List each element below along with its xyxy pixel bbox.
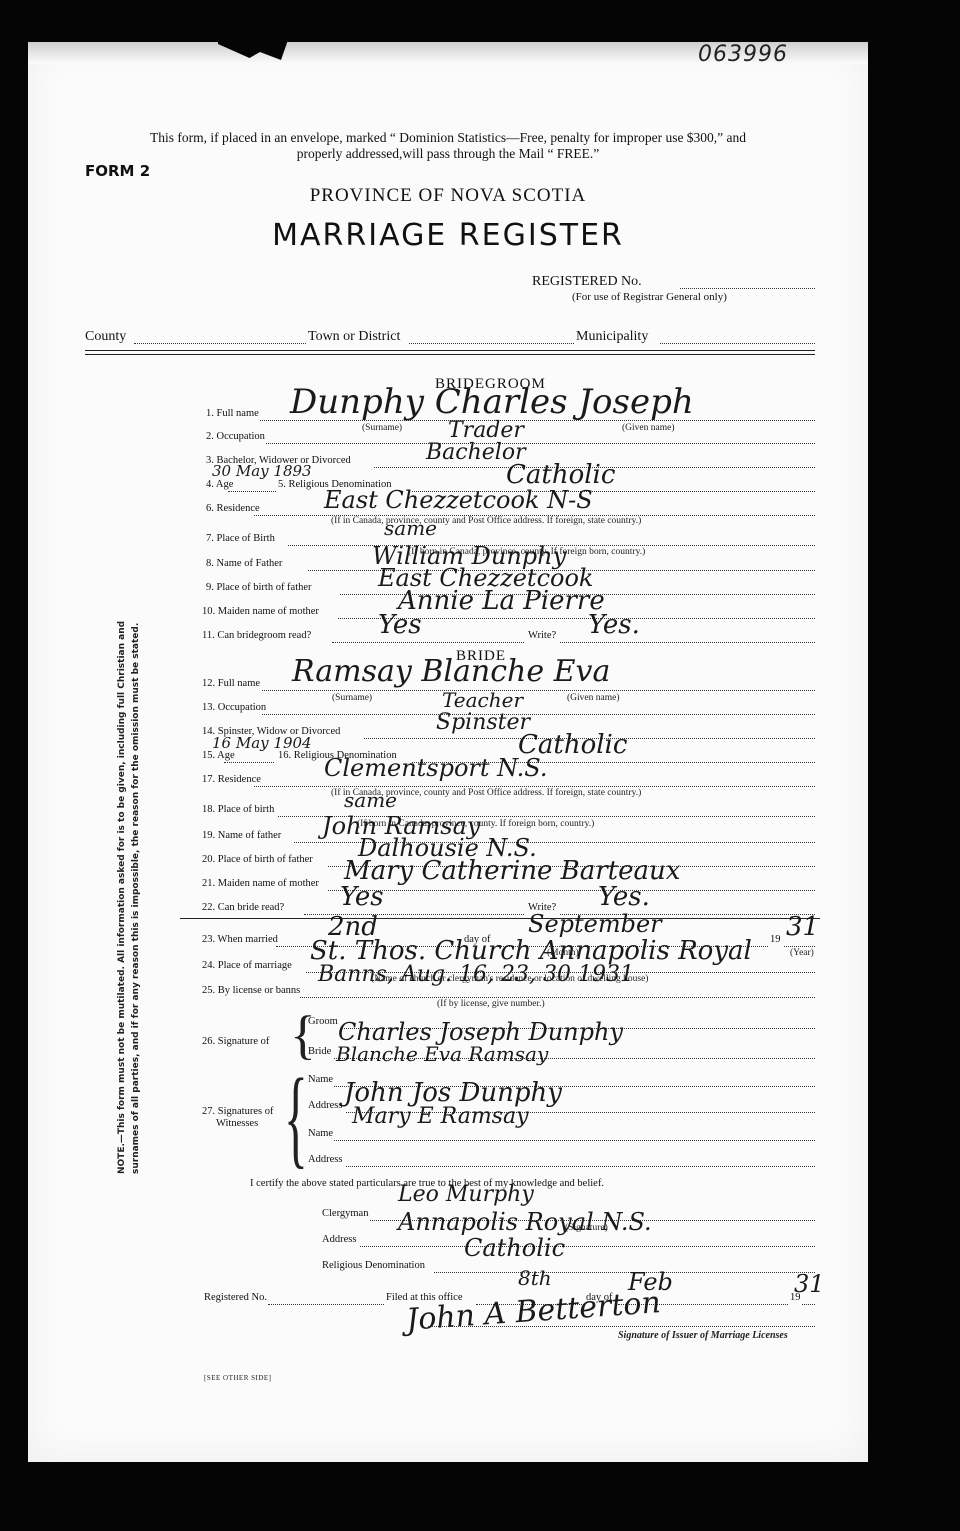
- issuer-signature-hint: Signature of Issuer of Marriage Licenses: [618, 1330, 788, 1341]
- groom-father-label: 8. Name of Father: [206, 558, 282, 569]
- witness-brace: {: [284, 1062, 308, 1172]
- filed-day-value[interactable]: 8th: [518, 1266, 552, 1290]
- bride-residence-value[interactable]: Clementsport N.S.: [324, 754, 548, 782]
- groom-full-name-value[interactable]: Dunphy Charles Joseph: [290, 382, 694, 422]
- witness2-address-line: [346, 1166, 815, 1167]
- clergyman-denomination-value[interactable]: Catholic: [464, 1234, 565, 1262]
- clergyman-signature-value[interactable]: Leo Murphy: [398, 1182, 534, 1207]
- groom-given-hint: (Given name): [622, 423, 675, 433]
- bride-occupation-value[interactable]: Teacher: [442, 688, 523, 712]
- when-married-label: 23. When married: [202, 934, 278, 945]
- bride-signature-label: Bride: [308, 1046, 331, 1057]
- bride-occupation-label: 13. Occupation: [202, 702, 266, 713]
- clergyman-denomination-line: [434, 1272, 815, 1273]
- place-of-marriage-label: 24. Place of marriage: [202, 960, 292, 971]
- groom-write-line: [560, 642, 815, 643]
- witnesses-label-line1: 27. Signatures of: [202, 1106, 273, 1117]
- side-note-line2: surnames of all parties, and if for any …: [130, 623, 143, 1174]
- groom-birthplace-label: 7. Place of Birth: [206, 533, 275, 544]
- when-married-year-value[interactable]: 31: [786, 912, 819, 942]
- bride-read-label: 22. Can bride read?: [202, 902, 284, 913]
- header-divider-2: [85, 354, 815, 355]
- bride-father-label: 19. Name of father: [202, 830, 281, 841]
- filed-year-line: [802, 1304, 815, 1305]
- clergyman-address-label: Address: [322, 1234, 356, 1245]
- groom-occupation-label: 2. Occupation: [206, 431, 265, 442]
- bride-read-value[interactable]: Yes: [340, 882, 384, 912]
- side-note-line1: NOTE.—This form must not be mutilated. A…: [116, 621, 129, 1174]
- year-prefix: 19: [770, 934, 781, 945]
- groom-mother-value[interactable]: Annie La Pierre: [398, 586, 605, 616]
- registered-no-hint: (For use of Registrar General only): [572, 291, 727, 303]
- form-number: FORM 2: [85, 162, 150, 180]
- county-field[interactable]: [134, 343, 306, 344]
- mail-notice-line1: This form, if placed in an envelope, mar…: [28, 130, 868, 146]
- see-other-side: [SEE OTHER SIDE]: [204, 1374, 272, 1382]
- bride-divider: [180, 918, 820, 919]
- page-title: MARRIAGE REGISTER: [28, 218, 868, 253]
- registered-no-field[interactable]: [680, 288, 815, 289]
- witness2-name-label: Name: [308, 1128, 333, 1139]
- groom-signature-label: Groom: [308, 1016, 338, 1027]
- groom-residence-hint: (If in Canada, province, county and Post…: [331, 516, 641, 526]
- registered-no-label: REGISTERED No.: [532, 274, 642, 290]
- groom-mother-label: 10. Maiden name of mother: [202, 606, 319, 617]
- witness1-name-label: Name: [308, 1074, 333, 1085]
- bride-birthplace-value[interactable]: same: [344, 788, 397, 812]
- registered-no-footer-line: [268, 1304, 384, 1305]
- groom-read-label: 11. Can bridegroom read?: [202, 630, 311, 641]
- bride-birthplace-label: 18. Place of birth: [202, 804, 274, 815]
- county-label: County: [85, 329, 126, 345]
- bride-father-birthplace-label: 20. Place of birth of father: [202, 854, 313, 865]
- bride-age-line: [224, 762, 274, 763]
- registered-no-footer-label: Registered No.: [204, 1292, 267, 1303]
- bride-residence-label: 17. Residence: [202, 774, 261, 785]
- license-banns-line: [300, 997, 815, 998]
- witness2-name-line: [334, 1140, 815, 1141]
- marriage-register-form: 063996 This form, if placed in an envelo…: [28, 42, 868, 1462]
- witness2-address-label: Address: [308, 1154, 342, 1165]
- groom-occupation-line: [266, 443, 815, 444]
- witnesses-label-line2: Witnesses: [216, 1118, 258, 1129]
- bride-full-name-label: 12. Full name: [202, 678, 260, 689]
- signature-of-label: 26. Signature of: [202, 1036, 269, 1047]
- bride-full-name-value[interactable]: Ramsay Blanche Eva: [292, 654, 610, 689]
- province-heading: PROVINCE OF NOVA SCOTIA: [28, 185, 868, 207]
- groom-full-name-label: 1. Full name: [206, 408, 259, 419]
- bride-marital-value[interactable]: Spinster: [436, 710, 530, 735]
- groom-residence-value[interactable]: East Chezzetcook N-S: [324, 486, 593, 514]
- town-label: Town or District: [308, 329, 400, 345]
- groom-read-value[interactable]: Yes: [378, 610, 422, 640]
- clergyman-address-value[interactable]: Annapolis Royal N.S.: [398, 1208, 652, 1236]
- year-hint: (Year): [790, 948, 814, 958]
- clergyman-denomination-label: Religious Denomination: [322, 1260, 425, 1271]
- serial-number: 063996: [698, 42, 788, 67]
- license-banns-label: 25. By license or banns: [202, 985, 300, 996]
- bride-occupation-line: [262, 714, 815, 715]
- header-divider: [85, 350, 815, 351]
- groom-father-birthplace-label: 9. Place of birth of father: [206, 582, 312, 593]
- license-hint: (If by license, give number.): [437, 999, 545, 1009]
- bride-full-name-line: [262, 690, 815, 691]
- bride-residence-line: [254, 786, 815, 787]
- groom-write-label: Write?: [528, 630, 556, 641]
- groom-residence-label: 6. Residence: [206, 503, 260, 514]
- bride-surname-hint: (Surname): [332, 693, 372, 703]
- bride-mother-label: 21. Maiden name of mother: [202, 878, 319, 889]
- municipality-label: Municipality: [576, 329, 648, 345]
- groom-read-line: [332, 642, 524, 643]
- groom-surname-hint: (Surname): [362, 423, 402, 433]
- witness2-signature-value[interactable]: Mary E Ramsay: [352, 1104, 529, 1129]
- groom-age-line: [228, 491, 276, 492]
- bride-write-value[interactable]: Yes.: [598, 882, 650, 912]
- clergyman-label: Clergyman: [322, 1208, 368, 1219]
- bride-mother-line: [328, 890, 815, 891]
- witness1-address-label: Address: [308, 1100, 342, 1111]
- when-married-year-line: [784, 946, 815, 947]
- groom-write-value[interactable]: Yes.: [588, 610, 640, 640]
- bride-signature-value[interactable]: Blanche Eva Ramsay: [336, 1042, 548, 1066]
- when-married-month-value[interactable]: September: [528, 910, 662, 938]
- mail-notice-line2: properly addressed,will pass through the…: [28, 146, 868, 162]
- bride-given-hint: (Given name): [567, 693, 620, 703]
- license-banns-value[interactable]: Banns, Aug. 16, 23, 30 1931: [318, 962, 634, 987]
- municipality-field[interactable]: [660, 343, 815, 344]
- groom-age-value[interactable]: 30 May 1893: [212, 462, 312, 480]
- filed-year-value[interactable]: 31: [794, 1270, 825, 1298]
- clergyman-address-line: [360, 1246, 815, 1247]
- groom-age-label: 4. Age: [206, 479, 233, 490]
- groom-birthplace-value[interactable]: same: [384, 516, 437, 540]
- town-field[interactable]: [409, 343, 574, 344]
